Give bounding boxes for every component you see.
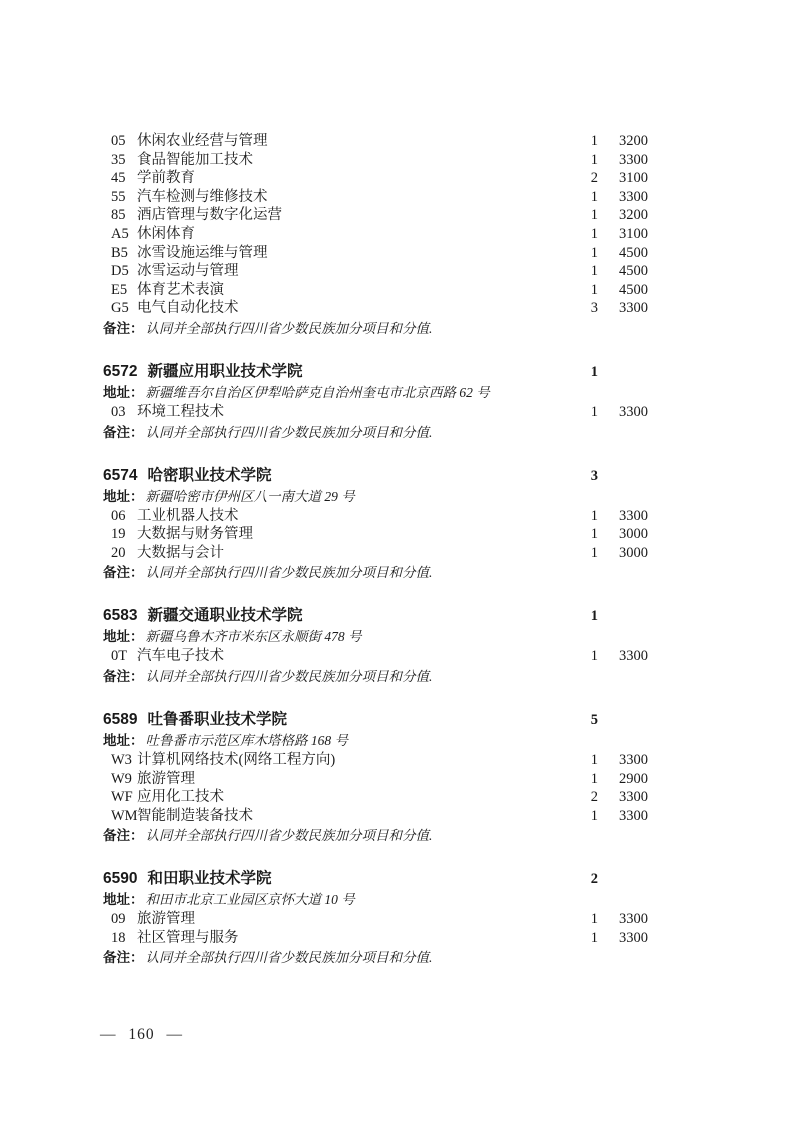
program-row: 0T 汽车电子技术 1 3300 — [103, 647, 648, 666]
program-quota: 2 — [558, 788, 598, 807]
address-text: 新疆维吾尔自治区伊犁哈萨克自治州奎屯市北京西路 62 号 — [146, 385, 490, 400]
program-quota: 1 — [558, 910, 598, 929]
program-rows: 0T 汽车电子技术 1 3300 — [103, 647, 648, 666]
program-name: 休闲体育 — [137, 225, 558, 244]
remark-text: 认同并全部执行四川省少数民族加分项目和分值. — [146, 950, 433, 965]
program-name: 体育艺术表演 — [137, 281, 558, 300]
program-code: A5 — [111, 225, 137, 244]
address-line: 地址：新疆哈密市伊州区八一南大道 29 号 — [103, 487, 648, 507]
program-name: 旅游管理 — [137, 770, 558, 789]
program-rows: 06 工业机器人技术 1 3300 19 大数据与财务管理 1 3000 20 … — [103, 507, 648, 563]
program-code: 85 — [111, 206, 137, 225]
program-quota: 2 — [558, 169, 598, 188]
school-code: 6589 — [103, 709, 137, 731]
school-total-quota: 3 — [558, 465, 598, 487]
page-content: 05 休闲农业经营与管理 1 3200 35 食品智能加工技术 1 3300 4… — [103, 132, 648, 967]
school-name: 新疆应用职业技术学院 — [147, 361, 302, 383]
program-row: 35 食品智能加工技术 1 3300 — [103, 151, 648, 170]
address-line: 地址：和田市北京工业园区京怀大道 10 号 — [103, 890, 648, 910]
school-header: 6574 哈密职业技术学院 3 — [103, 465, 648, 487]
program-code: B5 — [111, 244, 137, 263]
program-fee: 3300 — [598, 403, 648, 422]
program-quota: 1 — [558, 751, 598, 770]
program-name: 食品智能加工技术 — [137, 151, 558, 170]
school-block: 6590 和田职业技术学院 2 地址：和田市北京工业园区京怀大道 10 号 09… — [103, 868, 648, 967]
program-quota: 1 — [558, 507, 598, 526]
address-label: 地址： — [103, 489, 144, 504]
page-number-text: — 160 — — [100, 1026, 183, 1043]
school-block: 6583 新疆交通职业技术学院 1 地址：新疆乌鲁木齐市米东区永顺街 478 号… — [103, 605, 648, 686]
program-fee: 3000 — [598, 544, 648, 563]
program-row: 05 休闲农业经营与管理 1 3200 — [103, 132, 648, 151]
remark-label: 备注： — [103, 565, 144, 580]
program-row: WF 应用化工技术 2 3300 — [103, 788, 648, 807]
program-name: 应用化工技术 — [137, 788, 558, 807]
remark-line: 备注：认同并全部执行四川省少数民族加分项目和分值. — [103, 667, 648, 686]
school-code: 6572 — [103, 361, 137, 383]
school-code: 6583 — [103, 605, 137, 627]
remark-label: 备注： — [103, 950, 144, 965]
program-fee: 3300 — [598, 188, 648, 207]
program-row: W9 旅游管理 1 2900 — [103, 770, 648, 789]
program-code: G5 — [111, 299, 137, 318]
program-fee: 3200 — [598, 206, 648, 225]
document-page: 05 休闲农业经营与管理 1 3200 35 食品智能加工技术 1 3300 4… — [0, 0, 794, 1123]
program-fee: 3000 — [598, 525, 648, 544]
program-name: 旅游管理 — [137, 910, 558, 929]
program-row: 18 社区管理与服务 1 3300 — [103, 929, 648, 948]
program-quota: 1 — [558, 151, 598, 170]
program-fee: 3100 — [598, 169, 648, 188]
program-code: D5 — [111, 262, 137, 281]
program-fee: 3300 — [598, 751, 648, 770]
program-code: 19 — [111, 525, 137, 544]
program-fee: 2900 — [598, 770, 648, 789]
page-number: — 160 — — [100, 1026, 183, 1044]
school-name: 吐鲁番职业技术学院 — [147, 709, 287, 731]
school-block: 6589 吐鲁番职业技术学院 5 地址：吐鲁番市示范区库木塔格路 168 号 W… — [103, 709, 648, 845]
program-code: WF — [111, 788, 137, 807]
program-name: 环境工程技术 — [137, 403, 558, 422]
program-name: 冰雪运动与管理 — [137, 262, 558, 281]
program-row: D5 冰雪运动与管理 1 4500 — [103, 262, 648, 281]
program-fee: 3300 — [598, 929, 648, 948]
continued-program-block: 05 休闲农业经营与管理 1 3200 35 食品智能加工技术 1 3300 4… — [103, 132, 648, 338]
program-quota: 1 — [558, 544, 598, 563]
school-code: 6590 — [103, 868, 137, 890]
program-rows: 03 环境工程技术 1 3300 — [103, 403, 648, 422]
school-total-quota: 1 — [558, 361, 598, 383]
remark-line: 备注：认同并全部执行四川省少数民族加分项目和分值. — [103, 423, 648, 442]
address-text: 吐鲁番市示范区库木塔格路 168 号 — [146, 733, 349, 748]
program-quota: 3 — [558, 299, 598, 318]
remark-label: 备注： — [103, 321, 144, 336]
program-fee: 3300 — [598, 910, 648, 929]
address-text: 新疆哈密市伊州区八一南大道 29 号 — [146, 489, 355, 504]
program-row: B5 冰雪设施运维与管理 1 4500 — [103, 244, 648, 263]
program-row: 45 学前教育 2 3100 — [103, 169, 648, 188]
program-row: 20 大数据与会计 1 3000 — [103, 544, 648, 563]
program-code: 45 — [111, 169, 137, 188]
remark-text: 认同并全部执行四川省少数民族加分项目和分值. — [146, 565, 433, 580]
program-quota: 1 — [558, 188, 598, 207]
program-quota: 1 — [558, 929, 598, 948]
program-fee: 3100 — [598, 225, 648, 244]
remark-text: 认同并全部执行四川省少数民族加分项目和分值. — [146, 828, 433, 843]
school-total-quota: 2 — [558, 868, 598, 890]
program-rows: W3 计算机网络技术(网络工程方向) 1 3300 W9 旅游管理 1 2900… — [103, 751, 648, 825]
program-fee: 3300 — [598, 299, 648, 318]
program-row: 55 汽车检测与维修技术 1 3300 — [103, 188, 648, 207]
program-name: 大数据与财务管理 — [137, 525, 558, 544]
program-rows: 05 休闲农业经营与管理 1 3200 35 食品智能加工技术 1 3300 4… — [103, 132, 648, 318]
program-name: 汽车电子技术 — [137, 647, 558, 666]
address-line: 地址：吐鲁番市示范区库木塔格路 168 号 — [103, 731, 648, 751]
remark-text: 认同并全部执行四川省少数民族加分项目和分值. — [146, 669, 433, 684]
program-name: 工业机器人技术 — [137, 507, 558, 526]
program-name: 计算机网络技术(网络工程方向) — [137, 751, 558, 770]
program-row: 06 工业机器人技术 1 3300 — [103, 507, 648, 526]
program-row: E5 体育艺术表演 1 4500 — [103, 281, 648, 300]
program-code: 05 — [111, 132, 137, 151]
school-header: 6589 吐鲁番职业技术学院 5 — [103, 709, 648, 731]
program-name: 冰雪设施运维与管理 — [137, 244, 558, 263]
program-name: 电气自动化技术 — [137, 299, 558, 318]
remark-text: 认同并全部执行四川省少数民族加分项目和分值. — [146, 321, 433, 336]
program-fee: 3200 — [598, 132, 648, 151]
school-total-quota: 1 — [558, 605, 598, 627]
program-name: 智能制造装备技术 — [137, 807, 558, 826]
address-label: 地址： — [103, 629, 144, 644]
address-line: 地址：新疆维吾尔自治区伊犁哈萨克自治州奎屯市北京西路 62 号 — [103, 383, 648, 403]
program-fee: 3300 — [598, 807, 648, 826]
remark-label: 备注： — [103, 828, 144, 843]
remark-label: 备注： — [103, 425, 144, 440]
remark-line: 备注：认同并全部执行四川省少数民族加分项目和分值. — [103, 563, 648, 582]
program-row: 09 旅游管理 1 3300 — [103, 910, 648, 929]
program-fee: 4500 — [598, 262, 648, 281]
program-name: 学前教育 — [137, 169, 558, 188]
program-code: 35 — [111, 151, 137, 170]
program-quota: 1 — [558, 807, 598, 826]
address-line: 地址：新疆乌鲁木齐市米东区永顺街 478 号 — [103, 627, 648, 647]
program-quota: 1 — [558, 525, 598, 544]
program-code: 09 — [111, 910, 137, 929]
school-blocks: 6572 新疆应用职业技术学院 1 地址：新疆维吾尔自治区伊犁哈萨克自治州奎屯市… — [103, 361, 648, 968]
program-quota: 1 — [558, 132, 598, 151]
program-quota: 1 — [558, 403, 598, 422]
program-code: WM — [111, 807, 137, 826]
program-name: 大数据与会计 — [137, 544, 558, 563]
program-code: W9 — [111, 770, 137, 789]
program-rows: 09 旅游管理 1 3300 18 社区管理与服务 1 3300 — [103, 910, 648, 947]
school-name: 和田职业技术学院 — [147, 868, 271, 890]
address-text: 新疆乌鲁木齐市米东区永顺街 478 号 — [146, 629, 362, 644]
program-row: 03 环境工程技术 1 3300 — [103, 403, 648, 422]
program-code: 18 — [111, 929, 137, 948]
school-block: 6572 新疆应用职业技术学院 1 地址：新疆维吾尔自治区伊犁哈萨克自治州奎屯市… — [103, 361, 648, 442]
program-quota: 1 — [558, 647, 598, 666]
address-text: 和田市北京工业园区京怀大道 10 号 — [146, 892, 355, 907]
school-block: 6574 哈密职业技术学院 3 地址：新疆哈密市伊州区八一南大道 29 号 06… — [103, 465, 648, 583]
program-fee: 3300 — [598, 151, 648, 170]
program-row: 85 酒店管理与数字化运营 1 3200 — [103, 206, 648, 225]
program-code: W3 — [111, 751, 137, 770]
address-label: 地址： — [103, 385, 144, 400]
program-code: 03 — [111, 403, 137, 422]
program-name: 休闲农业经营与管理 — [137, 132, 558, 151]
program-quota: 1 — [558, 206, 598, 225]
program-code: 06 — [111, 507, 137, 526]
school-total-quota: 5 — [558, 709, 598, 731]
program-row: 19 大数据与财务管理 1 3000 — [103, 525, 648, 544]
remark-line: 备注：认同并全部执行四川省少数民族加分项目和分值. — [103, 319, 648, 338]
program-fee: 4500 — [598, 244, 648, 263]
program-code: 0T — [111, 647, 137, 666]
remark-line: 备注：认同并全部执行四川省少数民族加分项目和分值. — [103, 948, 648, 967]
school-name: 新疆交通职业技术学院 — [147, 605, 302, 627]
program-quota: 1 — [558, 244, 598, 263]
school-code: 6574 — [103, 465, 137, 487]
address-label: 地址： — [103, 733, 144, 748]
program-quota: 1 — [558, 770, 598, 789]
program-code: E5 — [111, 281, 137, 300]
remark-line: 备注：认同并全部执行四川省少数民族加分项目和分值. — [103, 826, 648, 845]
program-name: 汽车检测与维修技术 — [137, 188, 558, 207]
program-name: 酒店管理与数字化运营 — [137, 206, 558, 225]
program-fee: 3300 — [598, 788, 648, 807]
school-header: 6590 和田职业技术学院 2 — [103, 868, 648, 890]
program-quota: 1 — [558, 281, 598, 300]
school-name: 哈密职业技术学院 — [147, 465, 271, 487]
remark-label: 备注： — [103, 669, 144, 684]
school-header: 6572 新疆应用职业技术学院 1 — [103, 361, 648, 383]
program-row: W3 计算机网络技术(网络工程方向) 1 3300 — [103, 751, 648, 770]
program-quota: 1 — [558, 262, 598, 281]
program-fee: 3300 — [598, 647, 648, 666]
program-quota: 1 — [558, 225, 598, 244]
program-fee: 3300 — [598, 507, 648, 526]
address-label: 地址： — [103, 892, 144, 907]
program-row: A5 休闲体育 1 3100 — [103, 225, 648, 244]
remark-text: 认同并全部执行四川省少数民族加分项目和分值. — [146, 425, 433, 440]
program-code: 20 — [111, 544, 137, 563]
program-code: 55 — [111, 188, 137, 207]
program-name: 社区管理与服务 — [137, 929, 558, 948]
school-header: 6583 新疆交通职业技术学院 1 — [103, 605, 648, 627]
program-row: G5 电气自动化技术 3 3300 — [103, 299, 648, 318]
program-fee: 4500 — [598, 281, 648, 300]
program-row: WM 智能制造装备技术 1 3300 — [103, 807, 648, 826]
